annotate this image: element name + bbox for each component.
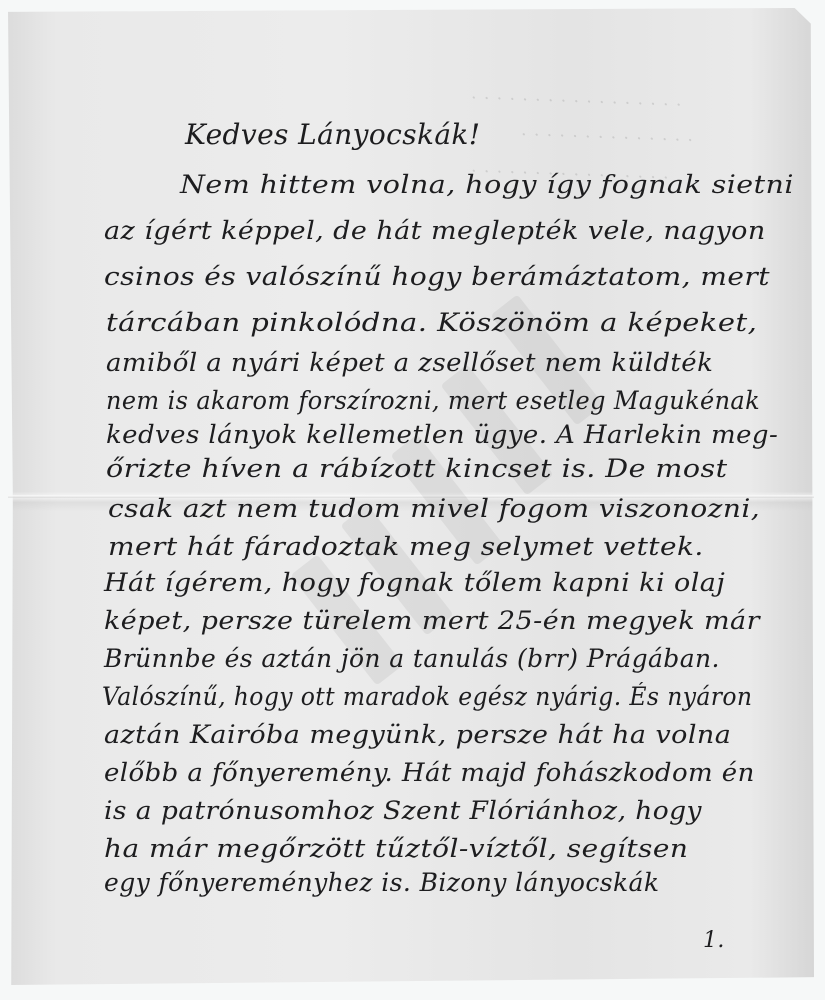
letter-line: tárcában pinkolódna. Köszönöm a képeket, [106, 308, 757, 337]
letter-greeting: Kedves Lányocskák! [185, 118, 480, 151]
letter-line: is a patrónusomhoz Szent Flóriánhoz, hog… [104, 796, 702, 825]
letter-line: csinos és valószínű hogy berámáztatom, m… [104, 262, 770, 291]
letter-line: csak azt nem tudom mivel fogom viszonozn… [108, 494, 760, 523]
letter-line: képet, persze türelem mert 25-én megyek … [104, 606, 760, 635]
page-number: 1. [703, 928, 725, 953]
letter-line: egy főnyereményhez is. Bizony lányocskák [104, 868, 659, 897]
letter-line: előbb a főnyeremény. Hát majd fohászkodo… [104, 758, 755, 787]
letter-line: Nem hittem volna, hogy így fognak sietni [180, 170, 794, 199]
letter-line: nem is akarom forszírozni, mert esetleg … [106, 386, 760, 415]
letter-line: Brünnbe és aztán jön a tanulás (brr) Prá… [104, 644, 720, 673]
letter-line: az ígért képpel, de hát meglepték vele, … [104, 216, 766, 245]
letter-line: Valószínű, hogy ott maradok egész nyárig… [102, 682, 752, 711]
letter-line: kedves lányok kellemetlen ügye. A Harlek… [106, 420, 778, 449]
letter-line: mert hát fáradoztak meg selymet vettek. [108, 532, 704, 561]
letter-line: amiből a nyári képet a zsellőset nem kül… [106, 348, 713, 377]
letter-line: Hát ígérem, hogy fognak tőlem kapni ki o… [104, 568, 725, 597]
letter-line: őrizte híven a rábízott kincset is. De m… [106, 454, 728, 483]
letter-line: aztán Kairóba megyünk, persze hát ha vol… [104, 720, 731, 749]
letter-line: ha már megőrzött tűztől-víztől, segítsen [104, 834, 688, 863]
